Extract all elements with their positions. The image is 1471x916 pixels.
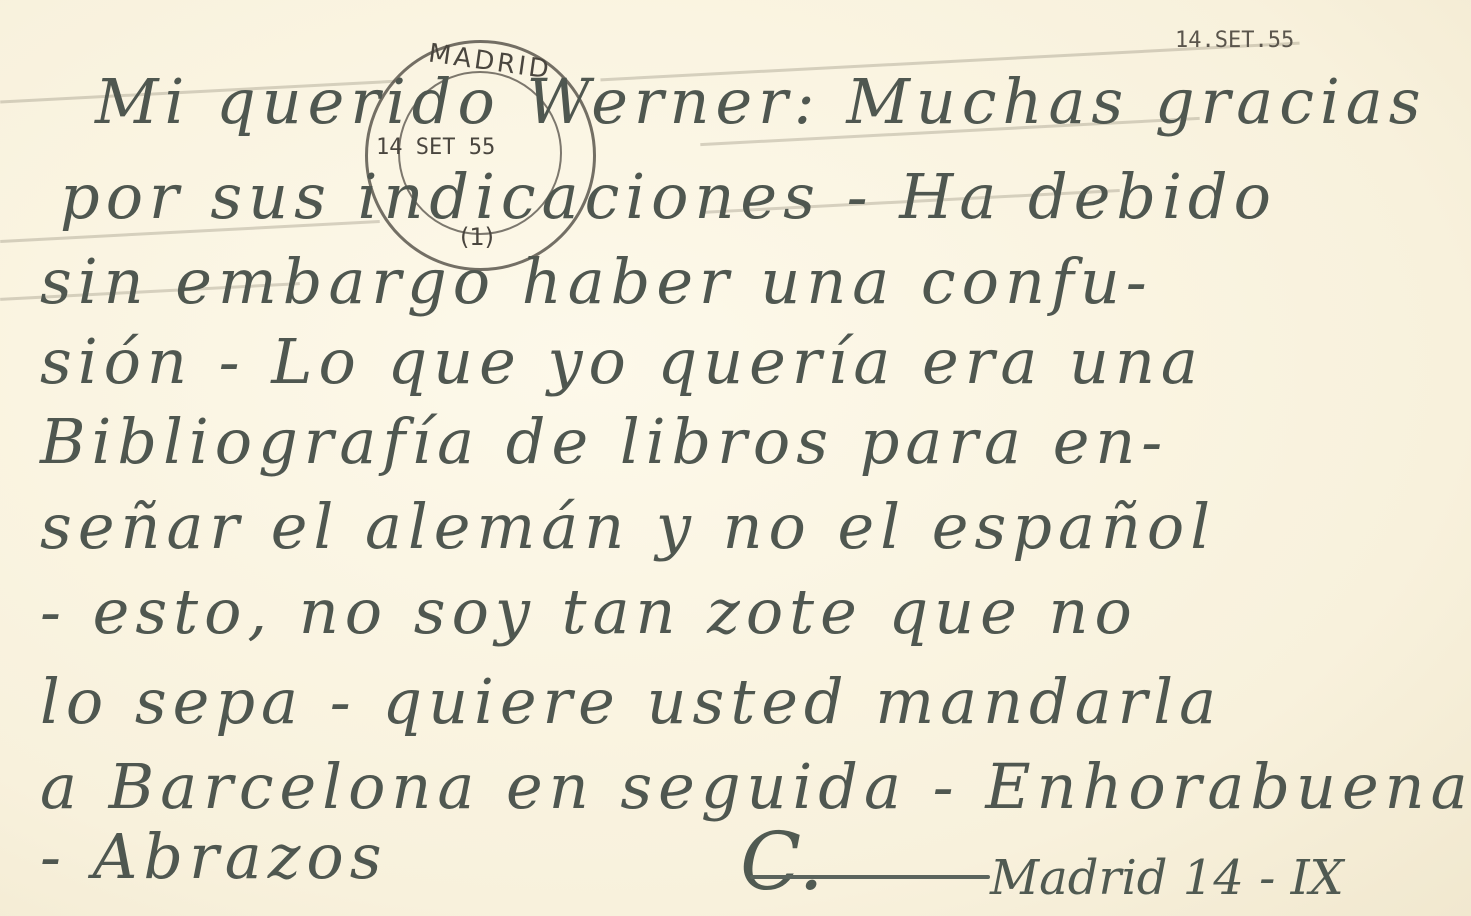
text-line: señar el alemán y no el español	[40, 490, 1216, 563]
text-line: sión - Lo que yo quería era una	[40, 325, 1204, 398]
signature: C.	[740, 815, 824, 908]
text-line: por sus indicaciones - Ha debido	[60, 160, 1277, 233]
text-line: a Barcelona en seguida - Enhorabuena	[40, 750, 1471, 823]
place-date: Madrid 14 - IX	[990, 850, 1344, 906]
text-line: - esto, no soy tan zote que no	[40, 575, 1138, 648]
text-line: lo sepa - quiere usted mandarla	[40, 665, 1222, 738]
postmark-date: 14 SET 55	[376, 135, 495, 160]
secondary-stamp: 14.SET.55	[1175, 28, 1294, 53]
text-line: Bibliografía de libros para en-	[40, 405, 1168, 478]
text-line: sin embargo haber una confu-	[40, 245, 1153, 318]
signature-flourish	[750, 875, 990, 879]
text-line: Mi querido Werner: Muchas gracias	[95, 65, 1427, 138]
text-line: - Abrazos	[40, 820, 388, 893]
